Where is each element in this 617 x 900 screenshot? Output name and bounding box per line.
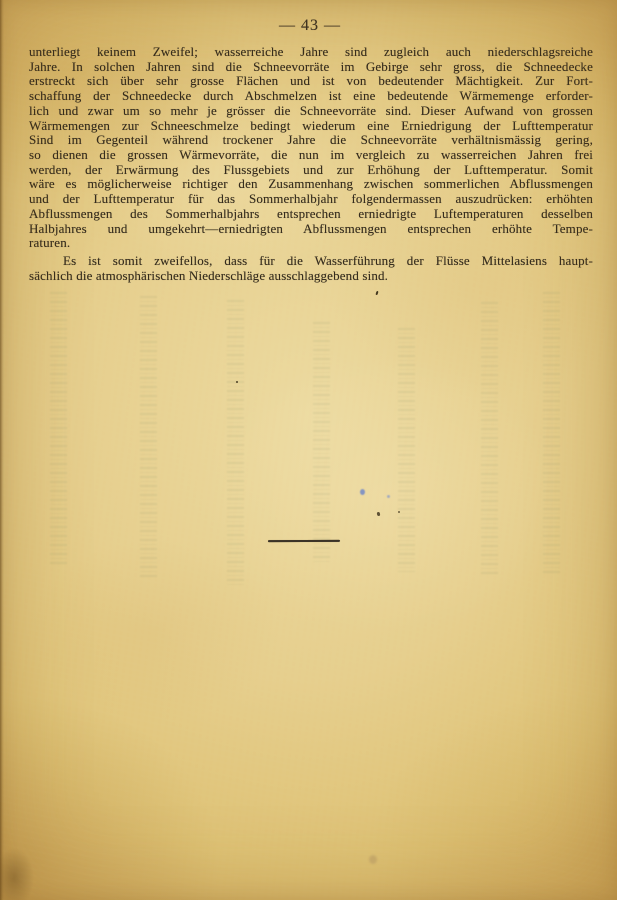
section-divider-rule (268, 540, 340, 542)
page-number: — 43 — (250, 17, 370, 35)
showthrough-column (227, 300, 244, 585)
dark-speck (236, 381, 238, 383)
corner-smudge (0, 848, 34, 900)
text-line: Jahre. In solchen Jahren sind die Schnee… (29, 60, 593, 75)
dark-speck (375, 291, 378, 295)
showthrough-column (140, 296, 157, 580)
page-gutter-shadow (0, 0, 4, 900)
text-line: schaffung der Schneedecke durch Abschmel… (29, 89, 593, 104)
text-line: wäre es möglicherweise richtiger den Zus… (29, 177, 593, 192)
text-line: raturen. (29, 236, 593, 251)
text-line: Sind im Gegenteil während trockener Jahr… (29, 133, 593, 148)
body-text: unterliegt keinem Zweifel; wasserreiche … (29, 45, 593, 284)
paragraph-1: unterliegt keinem Zweifel; wasserreiche … (29, 45, 593, 251)
text-line: werden, der Erwärmung des Flussgebiets u… (29, 163, 593, 178)
text-line: so dienen die grossen Wärmevorräte, die … (29, 148, 593, 163)
text-line: Halbjahres und umgekehrt—erniedrigten Ab… (29, 222, 593, 237)
text-line: unterliegt keinem Zweifel; wasserreiche … (29, 45, 593, 60)
showthrough-column (398, 328, 415, 572)
scanned-book-page: — 43 — unterliegt keinem Zweifel; wasser… (0, 0, 617, 900)
showthrough-column (481, 302, 498, 574)
blue-ink-speck (387, 495, 390, 498)
dark-speck (377, 512, 381, 516)
text-line: lich und zwar um so mehr je grösser die … (29, 104, 593, 119)
text-line: Abflussmengen des Sommerhalbjahrs entspr… (29, 207, 593, 222)
text-line: sächlich die atmosphärischen Niederschlä… (29, 269, 593, 284)
paragraph-2: Es ist somit zweifellos, dass für die Wa… (29, 254, 593, 283)
dark-speck (398, 511, 400, 513)
showthrough-column (313, 322, 330, 562)
showthrough-column (543, 292, 560, 574)
text-line: Wärmemengen zur Schneeschmelze bedingt w… (29, 119, 593, 134)
showthrough-column (50, 292, 67, 564)
blue-ink-speck (360, 489, 365, 495)
text-line: erstreckt sich über sehr grosse Flächen … (29, 74, 593, 89)
text-line: Es ist somit zweifellos, dass für die Wa… (29, 254, 593, 269)
text-line: und der Lufttemperatur für das Sommerhal… (29, 192, 593, 207)
faint-stain (369, 855, 377, 864)
